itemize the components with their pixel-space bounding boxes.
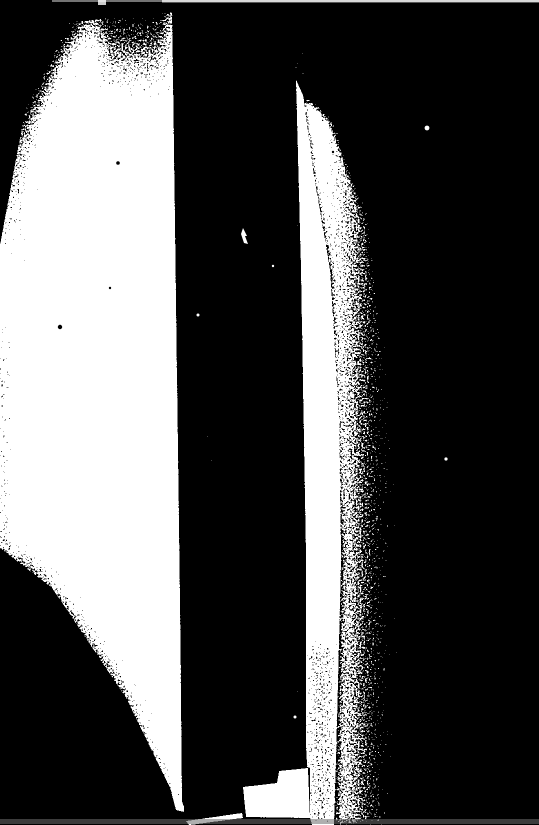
speck [38, 12, 42, 16]
speck [272, 265, 274, 267]
speck [116, 161, 120, 165]
top-edge-line [162, 0, 539, 2]
upper-wall-grain-column [98, 0, 172, 120]
top-edge-tick [98, 0, 106, 5]
photo-canvas [0, 0, 539, 825]
speck [425, 126, 430, 131]
dark-panel-bar [172, 0, 307, 819]
speck [58, 325, 62, 329]
photocopied-photograph [0, 0, 539, 825]
speck [197, 314, 200, 317]
speck [109, 287, 111, 289]
grainy-scene [0, 0, 539, 825]
speck [444, 457, 447, 460]
speck [332, 151, 334, 153]
strip-lower-grain [305, 640, 337, 825]
speck [294, 716, 297, 719]
bottom-edge-band [0, 819, 539, 824]
strip-top-grain-fade [295, 52, 305, 84]
top-edge-dashes [52, 0, 162, 2]
left-edge-speckle [0, 320, 6, 555]
